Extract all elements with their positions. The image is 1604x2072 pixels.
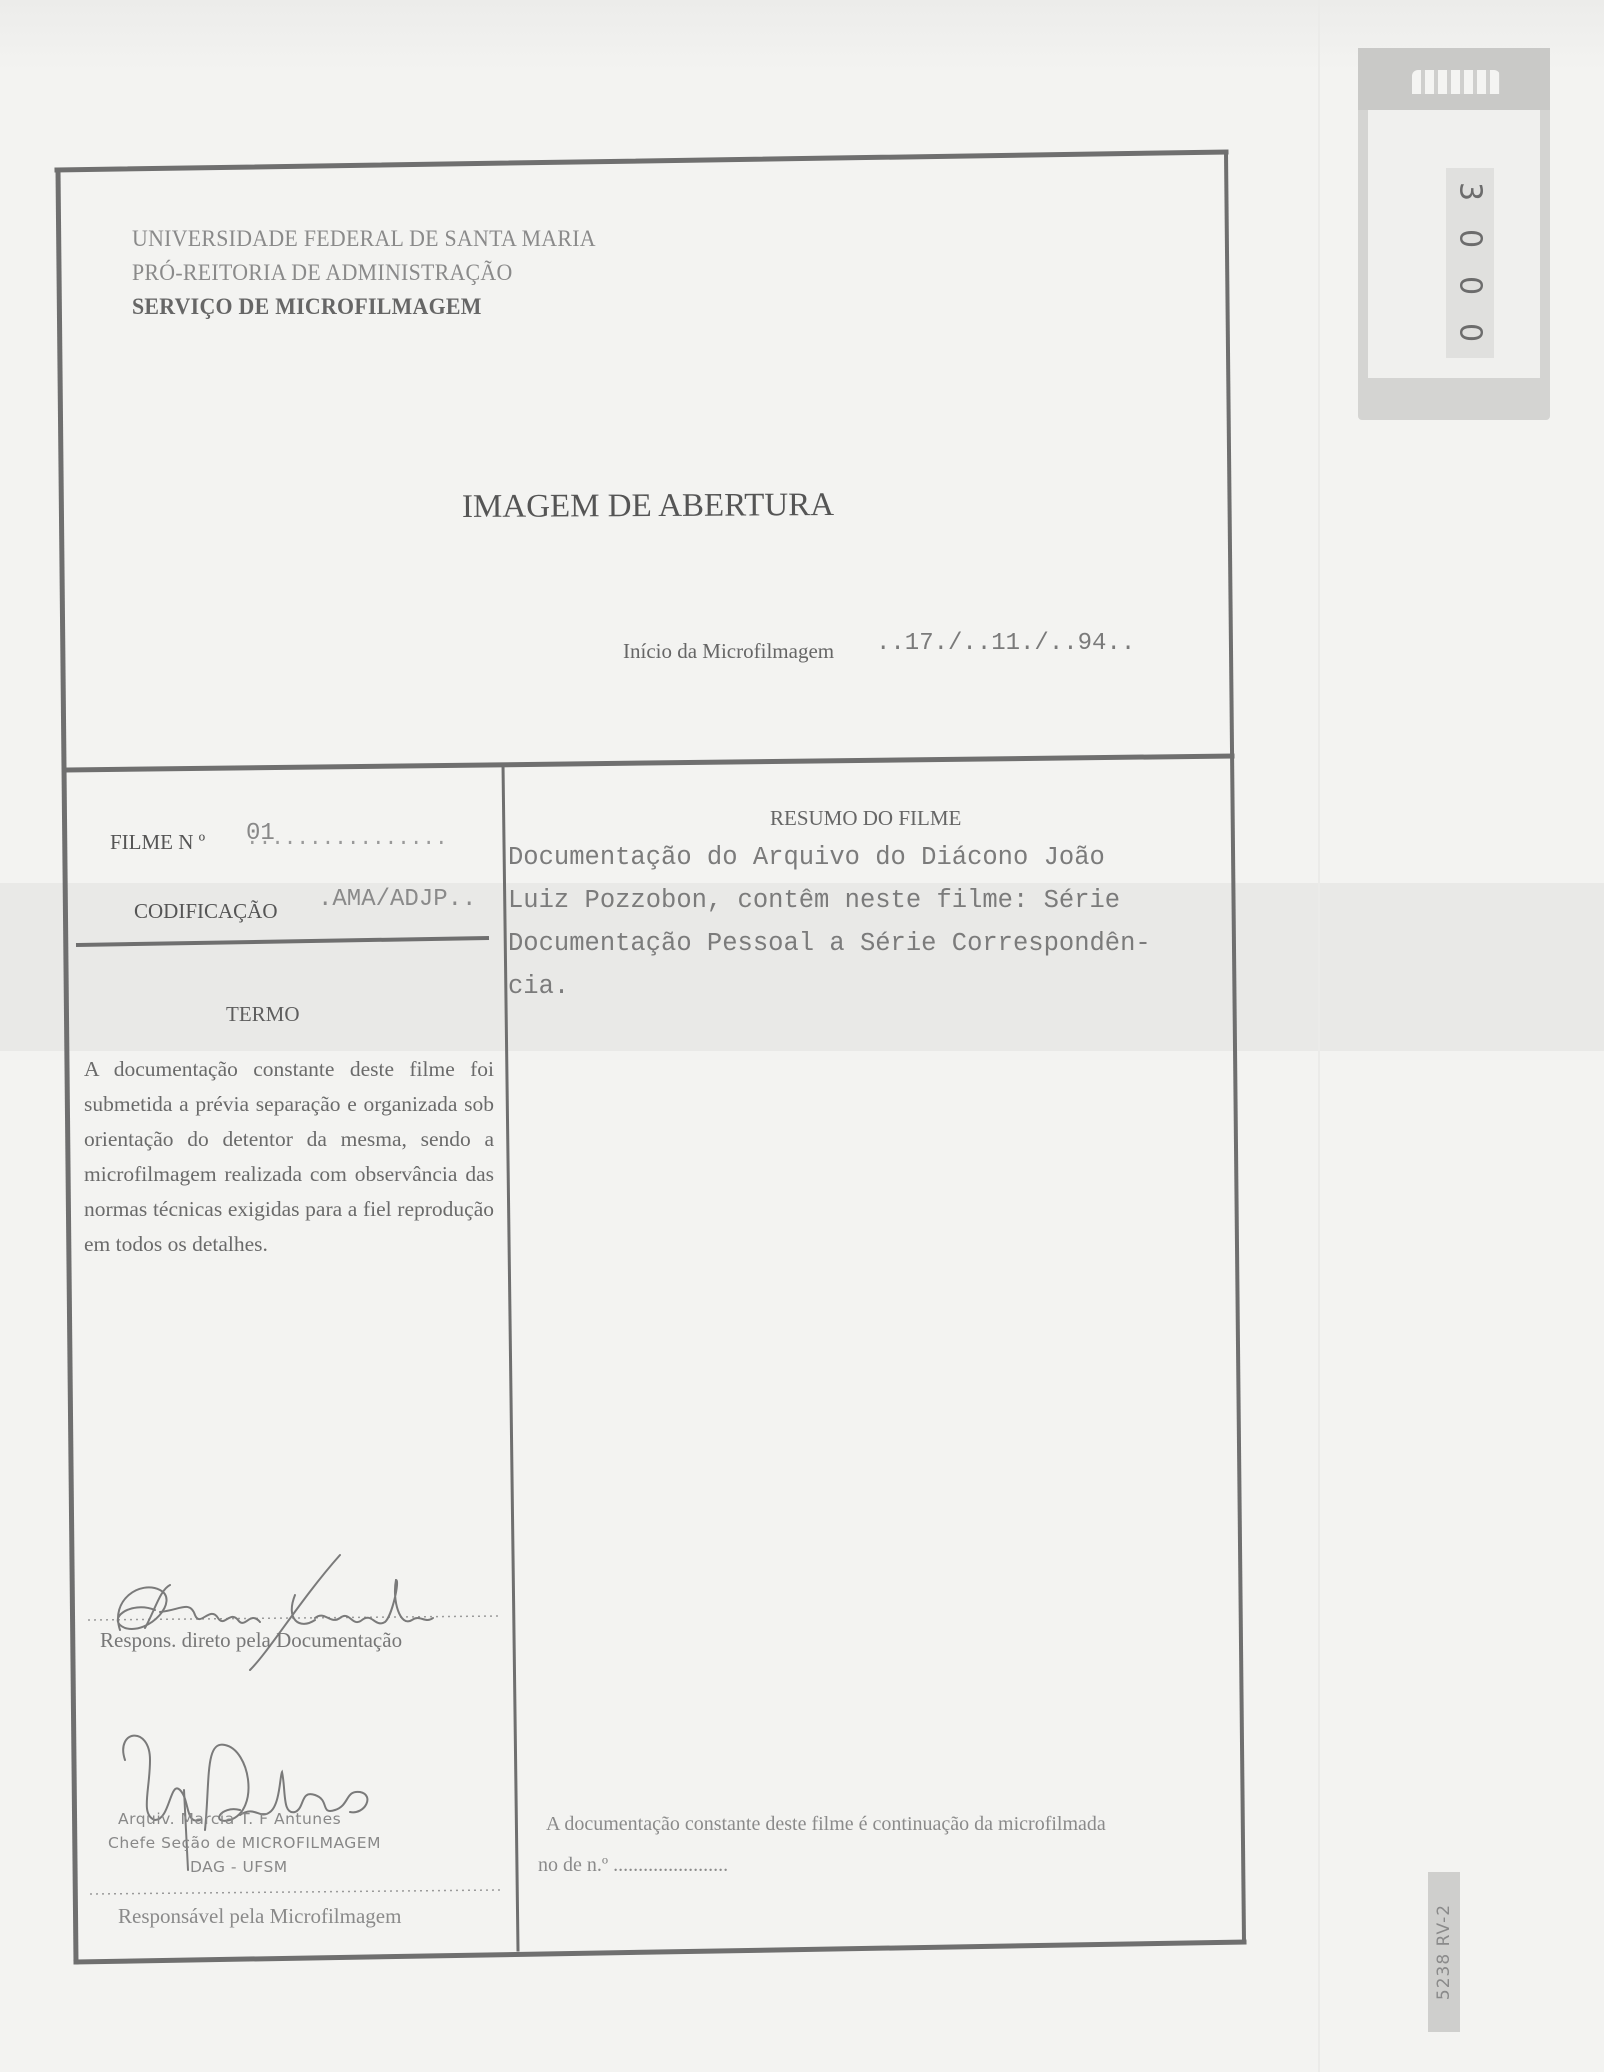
- documentation-caption: Respons. direto pela Documentação: [100, 1628, 402, 1653]
- start-date-label: Início da Microfilmagem: [623, 639, 834, 664]
- continuation-line-1: A documentação constante deste filme é c…: [546, 1804, 1246, 1845]
- counter-teeth: [1412, 70, 1500, 94]
- document-title: IMAGEM DE ABERTURA: [462, 487, 834, 526]
- termo-text: A documentação constante deste filme foi…: [84, 1052, 494, 1262]
- microfilming-caption: Responsável pela Microfilmagem: [118, 1904, 401, 1929]
- reel-label-text: 5238 RV-2: [1434, 1904, 1454, 2000]
- institution-service: SERVIÇO DE MICROFILMAGEM: [132, 294, 482, 320]
- institution-name: UNIVERSIDADE FEDERAL DE SANTA MARIA: [132, 226, 596, 252]
- signature-documentation: [100, 1540, 440, 1680]
- resumo-text: Documentação do Arquivo do Diácono João …: [508, 836, 1188, 1008]
- film-number-dots: ................: [246, 828, 448, 851]
- institution-department: PRÓ-REITORIA DE ADMINISTRAÇÃO: [132, 260, 513, 286]
- counter-digit: 0: [1447, 262, 1494, 310]
- reel-label: 5238 RV-2: [1428, 1872, 1460, 2032]
- continuation-note: A documentação constante deste filme é c…: [546, 1804, 1246, 1886]
- resumo-heading: RESUMO DO FILME: [770, 806, 961, 831]
- stamp-title: Chefe Seção de MICROFILMAGEM: [108, 1834, 381, 1852]
- continuation-line-2: no de n.º .......................: [538, 1845, 1246, 1886]
- stamp-name: Arquiv. Marcia T. F Antunes: [118, 1810, 341, 1828]
- coding-label: CODIFICAÇÃO: [134, 899, 278, 924]
- coding-value: .AMA/ADJP..: [318, 886, 476, 913]
- start-date-value: ..17./..11./..94..: [876, 630, 1135, 657]
- stamp-department: DAG - UFSM: [190, 1858, 288, 1876]
- counter-digit: 3: [1447, 168, 1494, 216]
- counter-digits: 3 0 0 0: [1446, 168, 1494, 358]
- signature-microfilming: [110, 1720, 390, 1880]
- frame-counter: 3 0 0 0: [1358, 48, 1550, 420]
- film-number-label: FILME N º: [110, 830, 205, 855]
- counter-digit: 0: [1447, 215, 1494, 263]
- termo-heading: TERMO: [226, 1002, 300, 1027]
- counter-digit: 0: [1447, 309, 1494, 357]
